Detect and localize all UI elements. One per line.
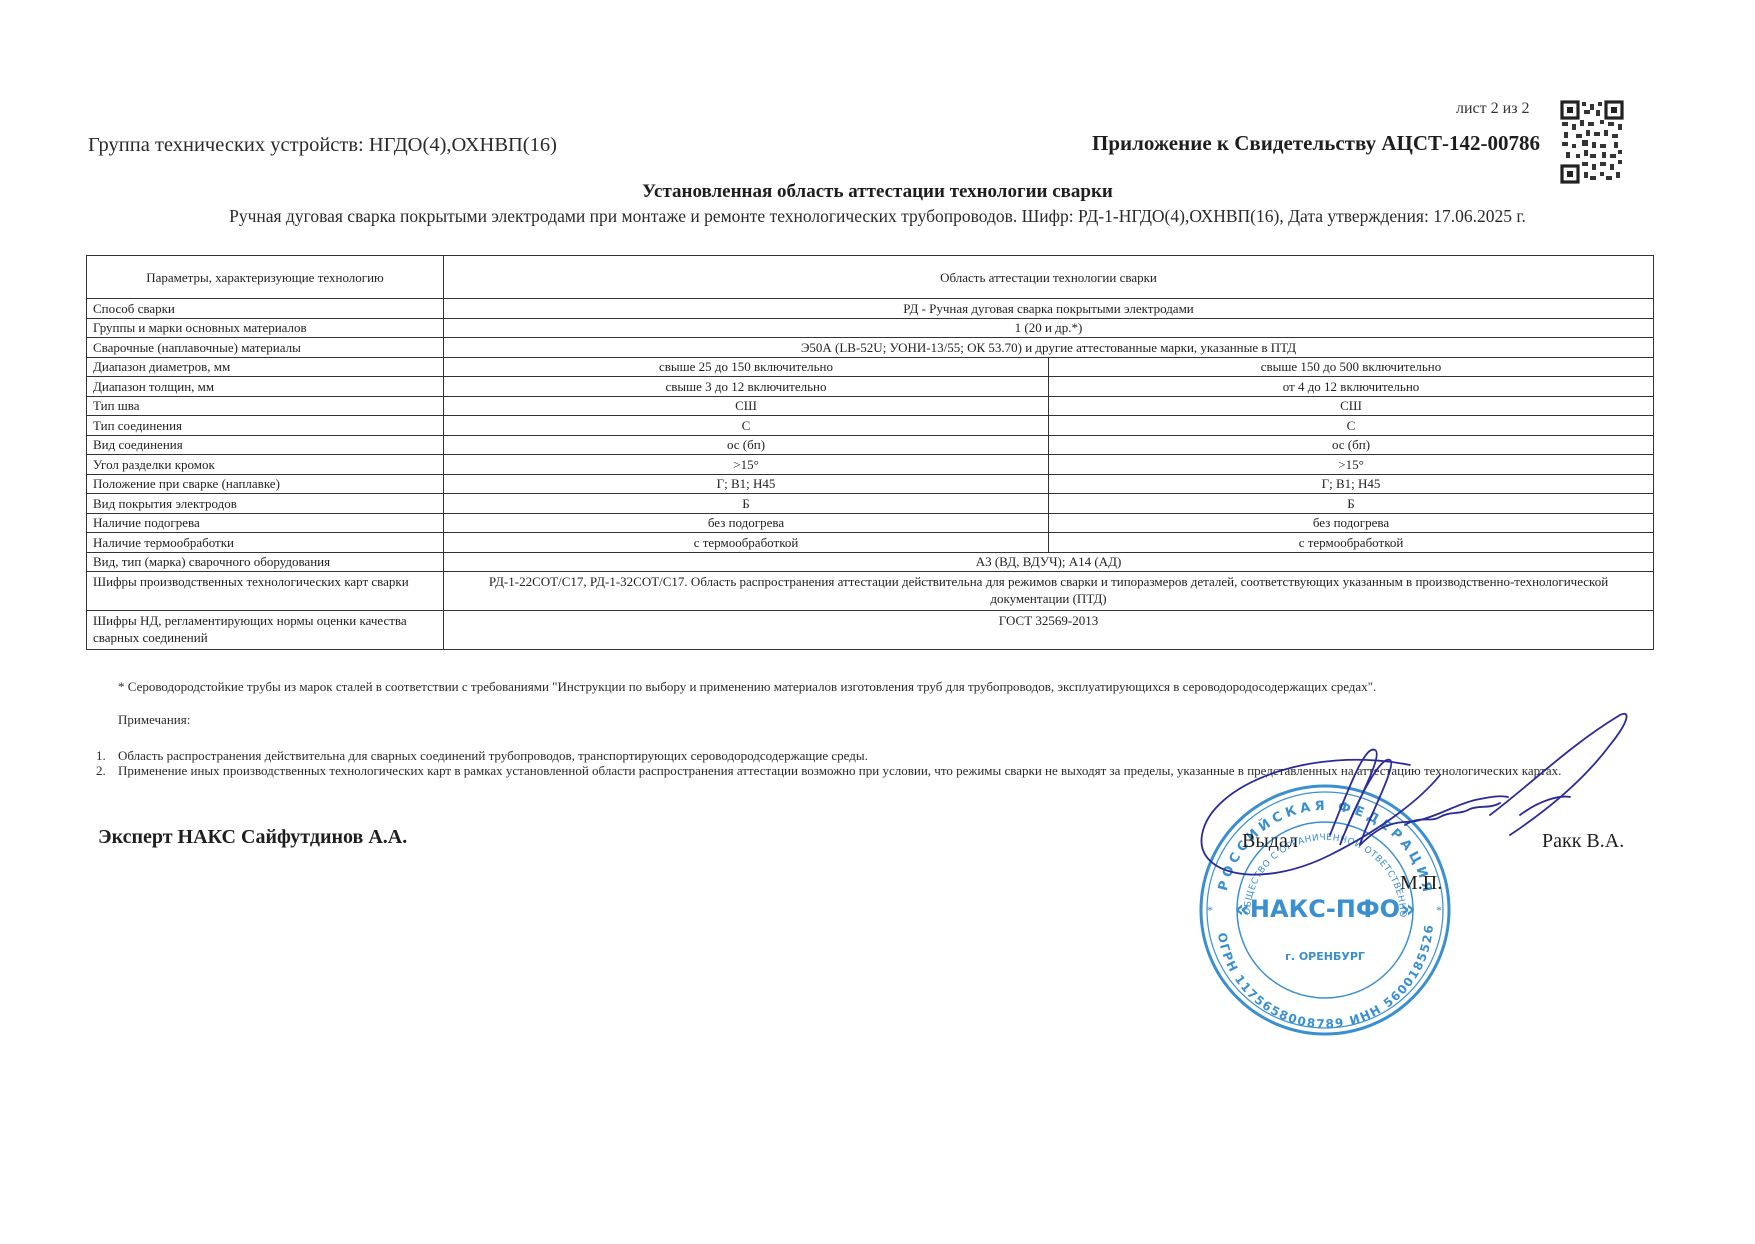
row-value: РД - Ручная дуговая сварка покрытыми эле… (444, 299, 1654, 319)
row-value-a: без подогрева (444, 513, 1049, 533)
row-value-b: С (1049, 416, 1654, 436)
row-value-a: Г; В1; Н45 (444, 474, 1049, 494)
svg-text:*: * (1436, 903, 1442, 917)
row-param: Диапазон толщин, мм (87, 377, 444, 397)
svg-text:г. ОРЕНБУРГ: г. ОРЕНБУРГ (1285, 950, 1365, 963)
row-value-b: с термообработкой (1049, 533, 1654, 553)
table-row: Вид соединения ос (бп) ос (бп) (87, 435, 1654, 455)
row-value-b: Г; В1; Н45 (1049, 474, 1654, 494)
row-param: Тип соединения (87, 416, 444, 436)
row-param: Тип шва (87, 396, 444, 416)
row-param: Наличие термообработки (87, 533, 444, 553)
row-param: Шифры производственных технологических к… (87, 572, 444, 611)
table-row: Способ сварки РД - Ручная дуговая сварка… (87, 299, 1654, 319)
row-param: Сварочные (наплавочные) материалы (87, 338, 444, 358)
notes-title: Примечания: (118, 712, 190, 728)
table-row: Сварочные (наплавочные) материалы Э50А (… (87, 338, 1654, 358)
table-row: Шифры НД, регламентирующих нормы оценки … (87, 611, 1654, 650)
table-row: Диапазон диаметров, мм свыше 25 до 150 в… (87, 357, 1654, 377)
row-value-a: >15° (444, 455, 1049, 475)
row-value-a: Б (444, 494, 1049, 514)
table-row: Вид, тип (марка) сварочного оборудования… (87, 552, 1654, 572)
attestation-table: Параметры, характеризующие технологию Об… (86, 255, 1654, 650)
row-value-a: с термообработкой (444, 533, 1049, 553)
table-row: Шифры производственных технологических к… (87, 572, 1654, 611)
svg-text:ОГРН 1175658008789 ИНН 5600185: ОГРН 1175658008789 ИНН 5600185526 (1215, 923, 1436, 1031)
row-value-b: ос (бп) (1049, 435, 1654, 455)
table-row: Диапазон толщин, мм свыше 3 до 12 включи… (87, 377, 1654, 397)
table-row: Тип соединения С С (87, 416, 1654, 436)
row-param: Группы и марки основных материалов (87, 318, 444, 338)
table-row: Вид покрытия электродов Б Б (87, 494, 1654, 514)
row-value-a: СШ (444, 396, 1049, 416)
note-text: Область распространения действительна дл… (118, 748, 868, 763)
row-param: Вид покрытия электродов (87, 494, 444, 514)
row-value-a: ос (бп) (444, 435, 1049, 455)
row-param: Положение при сварке (наплавке) (87, 474, 444, 494)
table-row: Наличие термообработки с термообработкой… (87, 533, 1654, 553)
row-param: Угол разделки кромок (87, 455, 444, 475)
row-value-b: Б (1049, 494, 1654, 514)
table-header-row: Параметры, характеризующие технологию Об… (87, 256, 1654, 299)
table-row: Тип шва СШ СШ (87, 396, 1654, 416)
table-row: Наличие подогрева без подогрева без подо… (87, 513, 1654, 533)
row-value-b: СШ (1049, 396, 1654, 416)
table-row: Положение при сварке (наплавке) Г; В1; Н… (87, 474, 1654, 494)
row-param: Вид, тип (марка) сварочного оборудования (87, 552, 444, 572)
row-value: РД-1-22СОТ/С17, РД-1-32СОТ/С17. Область … (444, 572, 1654, 611)
row-value: А3 (ВД, ВДУЧ); А14 (АД) (444, 552, 1654, 572)
row-param: Наличие подогрева (87, 513, 444, 533)
header-attestation-scope: Область аттестации технологии сварки (444, 256, 1654, 299)
svg-text:*: * (1207, 903, 1213, 917)
qr-code-icon (1560, 100, 1624, 184)
row-param: Вид соединения (87, 435, 444, 455)
row-param: Способ сварки (87, 299, 444, 319)
row-value-a: свыше 3 до 12 включительно (444, 377, 1049, 397)
row-value-b: >15° (1049, 455, 1654, 475)
note-number: 2. (96, 763, 118, 778)
document-subtitle: Ручная дуговая сварка покрытыми электрод… (0, 206, 1755, 227)
row-value-b: свыше 150 до 500 включительно (1049, 357, 1654, 377)
document-title: Установленная область аттестации техноло… (0, 181, 1755, 203)
row-value-b: от 4 до 12 включительно (1049, 377, 1654, 397)
row-param: Шифры НД, регламентирующих нормы оценки … (87, 611, 444, 650)
row-value-b: без подогрева (1049, 513, 1654, 533)
row-value-a: С (444, 416, 1049, 436)
technical-devices-group: Группа технических устройств: НГДО(4),ОХ… (88, 134, 557, 157)
expert-signature-line: Эксперт НАКС Сайфутдинов А.А. (98, 826, 407, 849)
header-parameters: Параметры, характеризующие технологию (87, 256, 444, 299)
row-value: ГОСТ 32569-2013 (444, 611, 1654, 650)
row-value: Э50А (LB-52U; УОНИ-13/55; ОК 53.70) и др… (444, 338, 1654, 358)
sheet-number: лист 2 из 2 (1456, 100, 1530, 118)
note-number: 1. (96, 748, 118, 763)
row-value: 1 (20 и др.*) (444, 318, 1654, 338)
row-value-a: свыше 25 до 150 включительно (444, 357, 1049, 377)
table-row: Группы и марки основных материалов 1 (20… (87, 318, 1654, 338)
row-param: Диапазон диаметров, мм (87, 357, 444, 377)
footnote: * Сероводородстойкие трубы из марок стал… (118, 679, 1648, 694)
handwritten-signature-icon (1190, 705, 1640, 905)
table-row: Угол разделки кромок >15° >15° (87, 455, 1654, 475)
appendix-title: Приложение к Свидетельству АЦСТ-142-0078… (1040, 131, 1540, 156)
